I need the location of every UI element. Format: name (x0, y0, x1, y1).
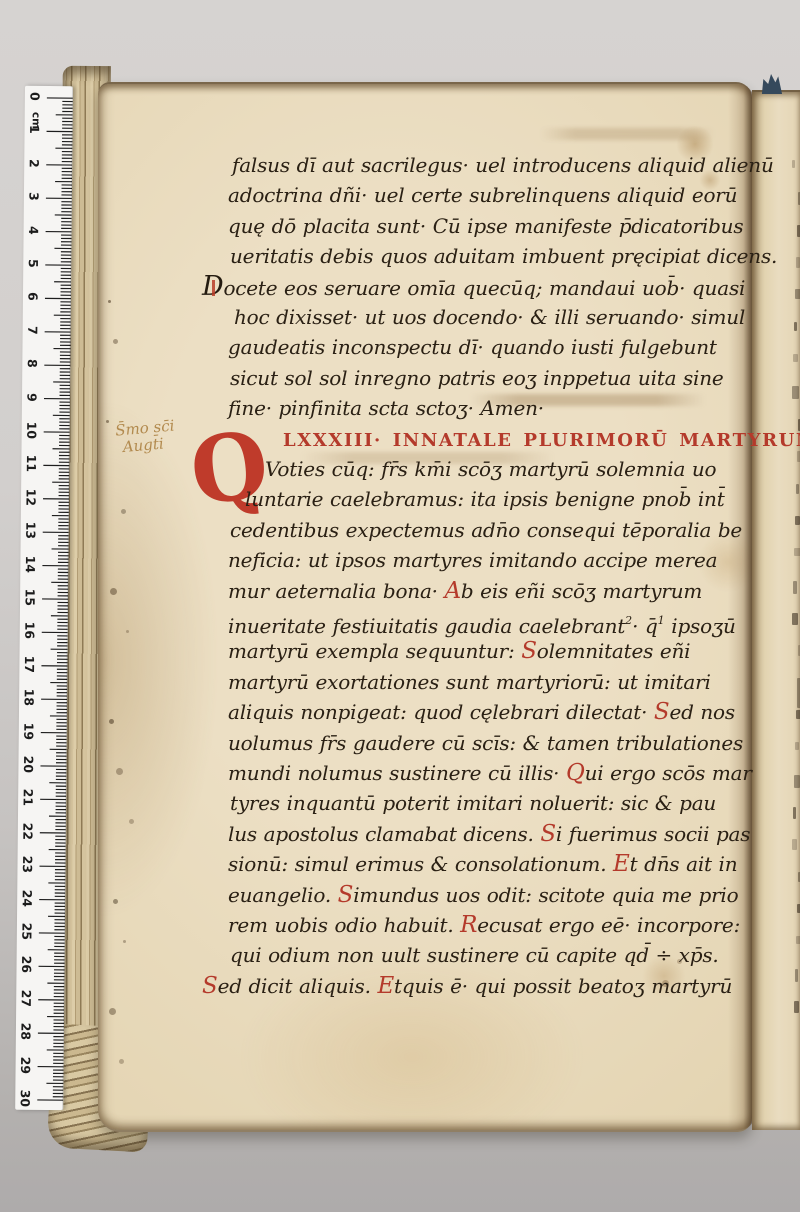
facing-page-text-fragment (796, 936, 800, 944)
facing-page-text-fragment (792, 839, 797, 850)
text-segment: rem uobis odio habuit. (228, 913, 460, 937)
manuscript-line: ueritatis debis quos aduitam imbuent prę… (230, 243, 777, 269)
text-segment: ed dicit aliquis. (218, 974, 378, 998)
ruler-number: 10 (24, 421, 39, 439)
facing-page-text-fragment (795, 289, 800, 299)
ruler-number: 12 (23, 488, 38, 506)
ruler-number: 19 (21, 722, 36, 740)
manuscript-line: martyrū exortationes sunt martyriorū: ut… (228, 669, 711, 695)
ruler-number: 13 (23, 521, 38, 539)
ruler-number: 21 (21, 789, 36, 807)
text-segment: hoc dixisset· ut uos docendo· & illi ser… (234, 305, 745, 329)
manuscript-line: inueritate festiuitatis gaudia caelebran… (228, 608, 736, 639)
ruler-number: 25 (19, 922, 34, 940)
text-segment: mundi nolumus sustinere cū illis· (228, 761, 566, 785)
rubricated-letter: Q (566, 760, 585, 786)
ruler: 0123456789101112131415161718192021222324… (15, 86, 73, 1110)
ruler-number: 5 (26, 254, 41, 272)
text-segment: Voties cūq: fr̄s km̄i scōʒ martyrū solem… (265, 457, 716, 481)
text-segment: martyrū exortationes sunt martyriorū: ut… (228, 670, 711, 694)
manuscript-line: euangelio. Simundus uos odit: scitote qu… (228, 882, 738, 908)
text-segment: martyrū exempla sequuntur: (228, 639, 521, 663)
facing-page-text-fragment (795, 742, 799, 750)
rubricated-letter: S (654, 699, 670, 725)
manuscript-line: sicut sol sol inregno patris eoʒ inppetu… (230, 365, 724, 391)
text-segment: imundus uos odit: scitote quia me prio (353, 883, 738, 907)
text-segment: b eis eñi scōʒ martyrum (461, 579, 702, 603)
rubricated-letter: S (540, 821, 556, 847)
text-segment: luntarie caelebramus: ita ipsis benigne … (245, 487, 725, 511)
rubricated-letter: S (521, 638, 537, 664)
text-segment: cedentibus expectemus adn̄o consequi tēp… (230, 518, 742, 542)
manuscript-text-block: falsus dī aut sacrilegus· uel introducen… (228, 152, 768, 1012)
manuscript-line: cedentibus expectemus adn̄o consequi tēp… (230, 517, 742, 543)
manuscript-line: tyres inquantū poterit imitari noluerit:… (230, 790, 716, 816)
ruler-number: 22 (20, 822, 35, 840)
manuscript-line: uolumus fr̄s gaudere cū scīs: & tamen tr… (228, 730, 743, 756)
ruler-number: 9 (24, 388, 39, 406)
manuscript-line: sionū: simul erimus & consolationum. Et … (228, 851, 737, 877)
text-segment: tyres inquantū poterit imitari noluerit:… (230, 791, 716, 815)
manuscript-line: falsus dī aut sacrilegus· uel introducen… (232, 152, 774, 178)
text-segment: quę dō placita sunt· (228, 214, 433, 238)
ruler-number: 24 (20, 889, 35, 907)
ruler-number: 18 (22, 688, 37, 706)
ruler-number: 14 (23, 555, 38, 573)
facing-page-text-fragment (792, 613, 798, 625)
ruler-number: 3 (26, 187, 41, 205)
ruler-number: 0 (27, 87, 42, 105)
manuscript-line: gaudeatis inconspectu dī· quando iusti f… (228, 334, 717, 360)
manuscript-line: neficia: ut ipsos martyres imitando acci… (228, 547, 717, 573)
text-segment: olemnitates eñi (537, 639, 691, 663)
text-segment: ui ergo scōs mar (585, 761, 752, 785)
text-segment: aliquis nonpigeat: quod cęlebrari dilect… (228, 700, 654, 724)
rubric-heading: LXXXIII· INNATALE PLURIMORŪ MARTYRUM· (283, 426, 800, 454)
ruler-number: 4 (26, 221, 41, 239)
facing-page-text-fragment (796, 484, 799, 494)
manuscript-line: Docete eos seruare omīa quecūq; mandaui … (202, 274, 745, 301)
manuscript-line: rem uobis odio habuit. Recusat ergo eē· … (228, 912, 740, 938)
text-segment: mur aeternalia bona· (228, 579, 445, 603)
manuscript-line: Sed dicit aliquis. Etquis ē· qui possit … (202, 973, 732, 999)
facing-page-text-fragment (793, 807, 796, 819)
manuscript-photo: S̄mo sc̄i Augt̄i Q falsus dī aut sacrile… (0, 0, 800, 1212)
text-segment: INNATALE PLURIMORŪ MARTYRUM· (382, 430, 800, 451)
manuscript-line: fine· pinfinita scta sctoʒ· Amen· (228, 395, 544, 421)
manuscript-line: mur aeternalia bona· Ab eis eñi scōʒ mar… (228, 578, 702, 604)
text-segment: LXXXIII· (283, 430, 382, 451)
rubricated-letter: E (377, 973, 394, 999)
ruler-number: 8 (25, 354, 40, 372)
facing-page-text-fragment (792, 160, 795, 168)
margin-note: S̄mo sc̄i Augt̄i (115, 417, 177, 456)
text-segment: uolumus fr̄s gaudere cū scīs: & tamen tr… (228, 731, 743, 755)
text-segment: ū ipse manifeste p̄dicatoribus (448, 214, 744, 238)
text-segment: gaudeatis inconspectu dī· quando iusti f… (228, 335, 717, 359)
text-segment: neficia: ut ipsos martyres imitando acci… (228, 548, 717, 572)
rubricated-letter: E (613, 851, 630, 877)
bookmark-ribbon (760, 74, 784, 94)
text-segment: 1 (658, 614, 665, 627)
text-segment: adoctrina dñi· uel certe subrelinquens a… (228, 183, 737, 207)
text-segment: ueritatis debis quos aduitam imbuent prę… (230, 244, 777, 268)
ruler-number: 2 (27, 154, 42, 172)
facing-page-text-fragment (794, 548, 800, 556)
ruler-number: 30 (18, 1089, 33, 1107)
show-through-smudge (540, 128, 715, 140)
text-segment: sicut sol sol inregno patris eoʒ inppetu… (230, 366, 724, 390)
ruler-number: 28 (18, 1022, 33, 1040)
rubricated-letter: S (338, 882, 354, 908)
ruler-number: 6 (25, 288, 40, 306)
rubricated-letter: R (460, 912, 477, 938)
text-segment: i fuerimus socii pas (556, 822, 750, 846)
ruler-number: 15 (23, 588, 38, 606)
text-segment: ed nos (669, 700, 734, 724)
text-segment: C (433, 214, 448, 238)
ruler-number: 17 (22, 655, 37, 673)
manuscript-line: lus apostolus clamabat dicens. Si fuerim… (228, 821, 750, 847)
manuscript-line: aliquis nonpigeat: quod cęlebrari dilect… (228, 699, 735, 725)
text-segment: lus apostolus clamabat dicens. (228, 822, 540, 846)
rubricated-letter: A (445, 578, 461, 604)
manuscript-line: quę dō placita sunt· Cū ipse manifeste p… (228, 213, 743, 239)
facing-page-text-fragment (794, 322, 797, 331)
ruler-number: 16 (22, 622, 37, 640)
facing-page-text-fragment (794, 1001, 799, 1013)
facing-page-text-fragment (794, 775, 800, 788)
facing-page-text-fragment (793, 581, 797, 594)
manuscript-line: luntarie caelebramus: ita ipsis benigne … (245, 486, 725, 512)
text-segment: ipsoʒū (665, 614, 736, 638)
ruler-unit-label: cm (30, 112, 42, 128)
facing-page-text-fragment (796, 257, 800, 268)
ruler-number: 26 (19, 956, 34, 974)
manuscript-line: Voties cūq: fr̄s km̄i scōʒ martyrū solem… (265, 456, 716, 482)
text-segment: qui odium non uult sustinere cū capite q… (230, 943, 719, 967)
text-segment: inueritate festiuitatis gaudia caelebran… (228, 614, 625, 638)
text-segment: tquis ē· qui possit beatoʒ martyrū (394, 974, 732, 998)
ruler-number: 20 (21, 755, 36, 773)
rubricated-letter: S (202, 973, 218, 999)
facing-page-text-fragment (795, 969, 798, 982)
ruler-number: 23 (20, 855, 35, 873)
ruler-number: 27 (19, 989, 34, 1007)
text-segment: ecusat ergo eē· incorpore: (477, 913, 740, 937)
text-segment: D (202, 271, 223, 302)
manuscript-line: adoctrina dñi· uel certe subrelinquens a… (228, 182, 737, 208)
facing-page-text-fragment (793, 354, 798, 362)
manuscript-line: mundi nolumus sustinere cū illis· Qui er… (228, 760, 752, 786)
ruler-number: 11 (24, 455, 39, 473)
text-segment: euangelio. (228, 883, 338, 907)
ruler-number: 29 (18, 1056, 33, 1074)
text-segment: t dn̄s ait in (630, 852, 738, 876)
facing-page-text-fragment (795, 516, 800, 525)
manuscript-line: hoc dixisset· ut uos docendo· & illi ser… (234, 304, 745, 330)
text-segment: fine· pinfinita scta sctoʒ· Amen· (228, 396, 544, 420)
text-segment: sionū: simul erimus & consolationum. (228, 852, 613, 876)
text-segment: falsus dī aut sacrilegus· uel introducen… (232, 153, 774, 177)
ink-speckles (108, 300, 111, 303)
ruler-number: 7 (25, 321, 40, 339)
text-segment: · q̄ (632, 614, 657, 638)
manuscript-line: qui odium non uult sustinere cū capite q… (230, 942, 719, 968)
facing-page-text-fragment (796, 710, 800, 719)
text-segment: ocete eos seruare omīa quecūq; mandaui u… (223, 276, 745, 300)
manuscript-line: martyrū exempla sequuntur: Solemnitates … (228, 638, 690, 664)
facing-page-text-fragment (792, 386, 799, 399)
